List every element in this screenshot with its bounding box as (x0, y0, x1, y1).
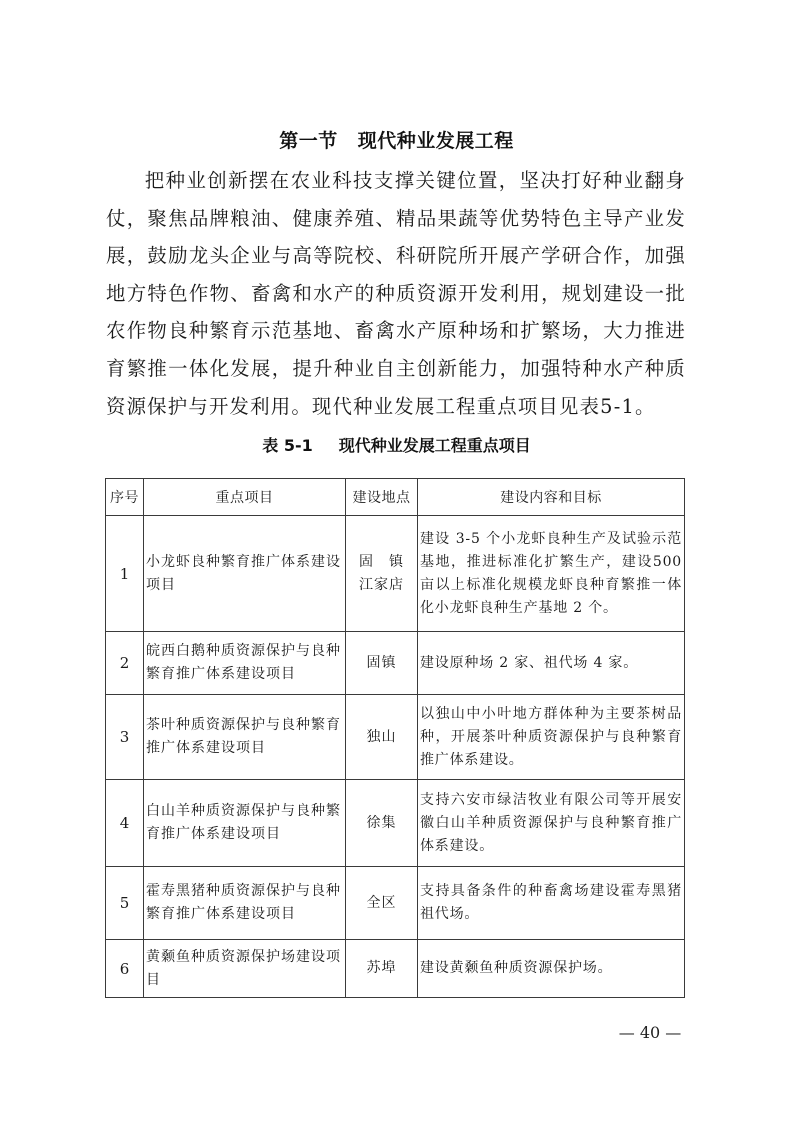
header-item: 重点项目 (144, 479, 346, 516)
header-content: 建设内容和目标 (418, 479, 685, 516)
row-location: 苏埠 (346, 940, 418, 998)
row-location-line2: 江家店 (348, 574, 415, 597)
table-row: 4 白山羊种质资源保护与良种繁育推广体系建设项目 徐集 支持六安市绿洁牧业有限公… (106, 780, 685, 867)
row-location: 徐集 (346, 780, 418, 867)
row-content: 建设原种场 2 家、祖代场 4 家。 (418, 632, 685, 695)
key-projects-table: 序号 重点项目 建设地点 建设内容和目标 1 小龙虾良种繁育推广体系建设项目 固… (105, 478, 685, 998)
table-row: 6 黄颡鱼种质资源保护场建设项目 苏埠 建设黄颡鱼种质资源保护场。 (106, 940, 685, 998)
page-number: — 40 — (600, 1023, 700, 1042)
row-item: 茶叶种质资源保护与良种繁育推广体系建设项目 (144, 695, 346, 780)
row-location: 固镇 (346, 632, 418, 695)
table-row: 5 霍寿黑猪种质资源保护与良种繁育推广体系建设项目 全区 支持具备条件的种畜禽场… (106, 867, 685, 940)
table-row: 3 茶叶种质资源保护与良种繁育推广体系建设项目 独山 以独山中小叶地方群体种为主… (106, 695, 685, 780)
row-content: 支持具备条件的种畜禽场建设霍寿黑猪祖代场。 (418, 867, 685, 940)
row-no: 6 (106, 940, 144, 998)
table-row: 1 小龙虾良种繁育推广体系建设项目 固 镇 江家店 建设 3-5 个小龙虾良种生… (106, 516, 685, 632)
row-item: 白山羊种质资源保护与良种繁育推广体系建设项目 (144, 780, 346, 867)
table-caption-title: 现代种业发展工程重点项目 (339, 436, 531, 455)
row-no: 2 (106, 632, 144, 695)
row-no: 3 (106, 695, 144, 780)
section-title: 第一节现代种业发展工程 (0, 126, 793, 153)
row-location-line1: 固 镇 (348, 551, 415, 574)
table-caption-number: 表 5-1 (262, 436, 312, 455)
row-content: 建设黄颡鱼种质资源保护场。 (418, 940, 685, 998)
row-location: 固 镇 江家店 (346, 516, 418, 632)
table-caption: 表 5-1现代种业发展工程重点项目 (0, 433, 793, 456)
section-number: 第一节 (279, 130, 338, 152)
row-no: 4 (106, 780, 144, 867)
row-item: 霍寿黑猪种质资源保护与良种繁育推广体系建设项目 (144, 867, 346, 940)
header-location: 建设地点 (346, 479, 418, 516)
row-no: 5 (106, 867, 144, 940)
table-row: 2 皖西白鹅种质资源保护与良种繁育推广体系建设项目 固镇 建设原种场 2 家、祖… (106, 632, 685, 695)
row-item: 皖西白鹅种质资源保护与良种繁育推广体系建设项目 (144, 632, 346, 695)
row-item: 小龙虾良种繁育推广体系建设项目 (144, 516, 346, 632)
table-header-row: 序号 重点项目 建设地点 建设内容和目标 (106, 479, 685, 516)
header-no: 序号 (106, 479, 144, 516)
row-item: 黄颡鱼种质资源保护场建设项目 (144, 940, 346, 998)
row-content: 以独山中小叶地方群体种为主要茶树品种，开展茶叶种质资源保护与良种繁育推广体系建设… (418, 695, 685, 780)
body-paragraph: 把种业创新摆在农业科技支撑关键位置，坚决打好种业翻身仗，聚焦品牌粮油、健康养殖、… (106, 162, 686, 425)
section-heading: 现代种业发展工程 (358, 130, 514, 152)
row-no: 1 (106, 516, 144, 632)
row-content: 建设 3-5 个小龙虾良种生产及试验示范基地，推进标准化扩繁生产，建设500 亩… (418, 516, 685, 632)
row-location: 全区 (346, 867, 418, 940)
row-content: 支持六安市绿洁牧业有限公司等开展安徽白山羊种质资源保护与良种繁育推广体系建设。 (418, 780, 685, 867)
row-location: 独山 (346, 695, 418, 780)
